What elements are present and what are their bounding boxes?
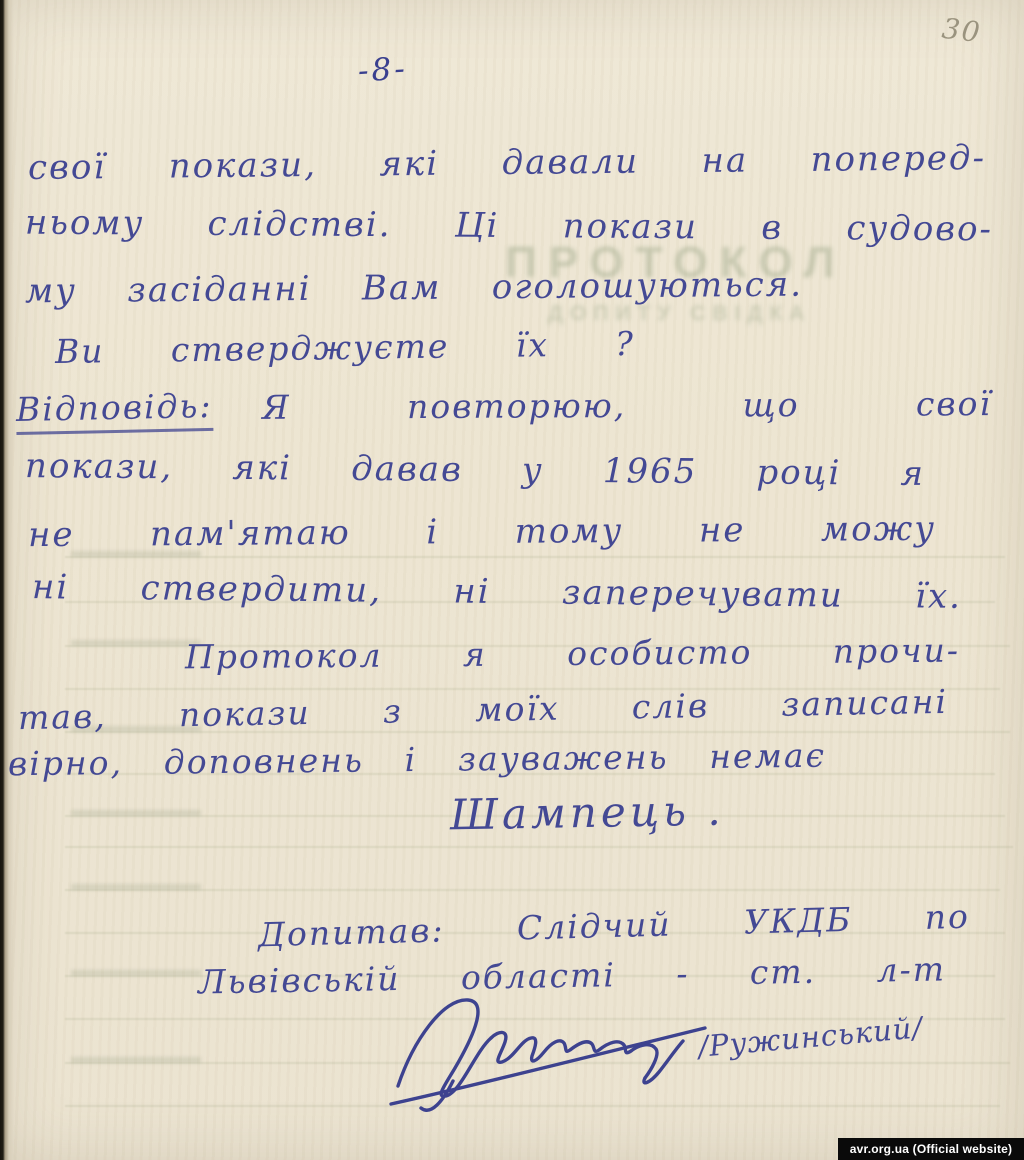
witness-signature: Шампець . <box>450 786 725 840</box>
handwritten-line: вірно, доповнень і зауважень немає <box>8 736 826 784</box>
form-line-ghost <box>65 846 1013 848</box>
watermark-label: avr.org.ua (Official website) <box>850 1142 1013 1156</box>
handwritten-question-line: Ви стверджуєте їх ? <box>55 324 635 371</box>
handwritten-line: му засіданні Вам оголошуються. <box>25 265 803 312</box>
handwritten-line: ньому слідстві. Ці покази в судово- <box>25 203 993 250</box>
answer-label-underlined: Відповідь: <box>16 386 214 435</box>
form-line-ghost <box>65 889 1000 891</box>
watermark-bar: avr.org.ua (Official website) <box>838 1138 1024 1160</box>
handwritten-line: тав, покази з моїх слів записані <box>18 682 949 737</box>
handwritten-line: ні ствердити, ні заперечувати їх. <box>32 567 962 617</box>
scanned-document-page: ПРОТОКОЛ ДОПИТУ СВІДКА 30 -8- свої показ… <box>0 0 1024 1160</box>
archive-page-number-pencil: 30 <box>940 12 983 50</box>
handwritten-line: Протокол я особисто прочи- <box>185 631 960 677</box>
handwritten-line: Я повторюю, що свої <box>262 384 992 427</box>
form-line-ghost <box>65 556 1005 558</box>
handwritten-line: покази, які давав у 1965 році я <box>25 446 925 494</box>
manuscript-page-number: -8- <box>357 51 409 90</box>
handwritten-line: Допитав: Слідчий УКДБ по <box>258 897 971 955</box>
handwritten-line: не пам'ятаю і тому не можу <box>28 509 936 555</box>
handwritten-line: свої покази, які давали на поперед- <box>28 138 986 188</box>
page-edge-shadow <box>0 0 14 1160</box>
investigator-signature-flourish <box>383 986 718 1116</box>
